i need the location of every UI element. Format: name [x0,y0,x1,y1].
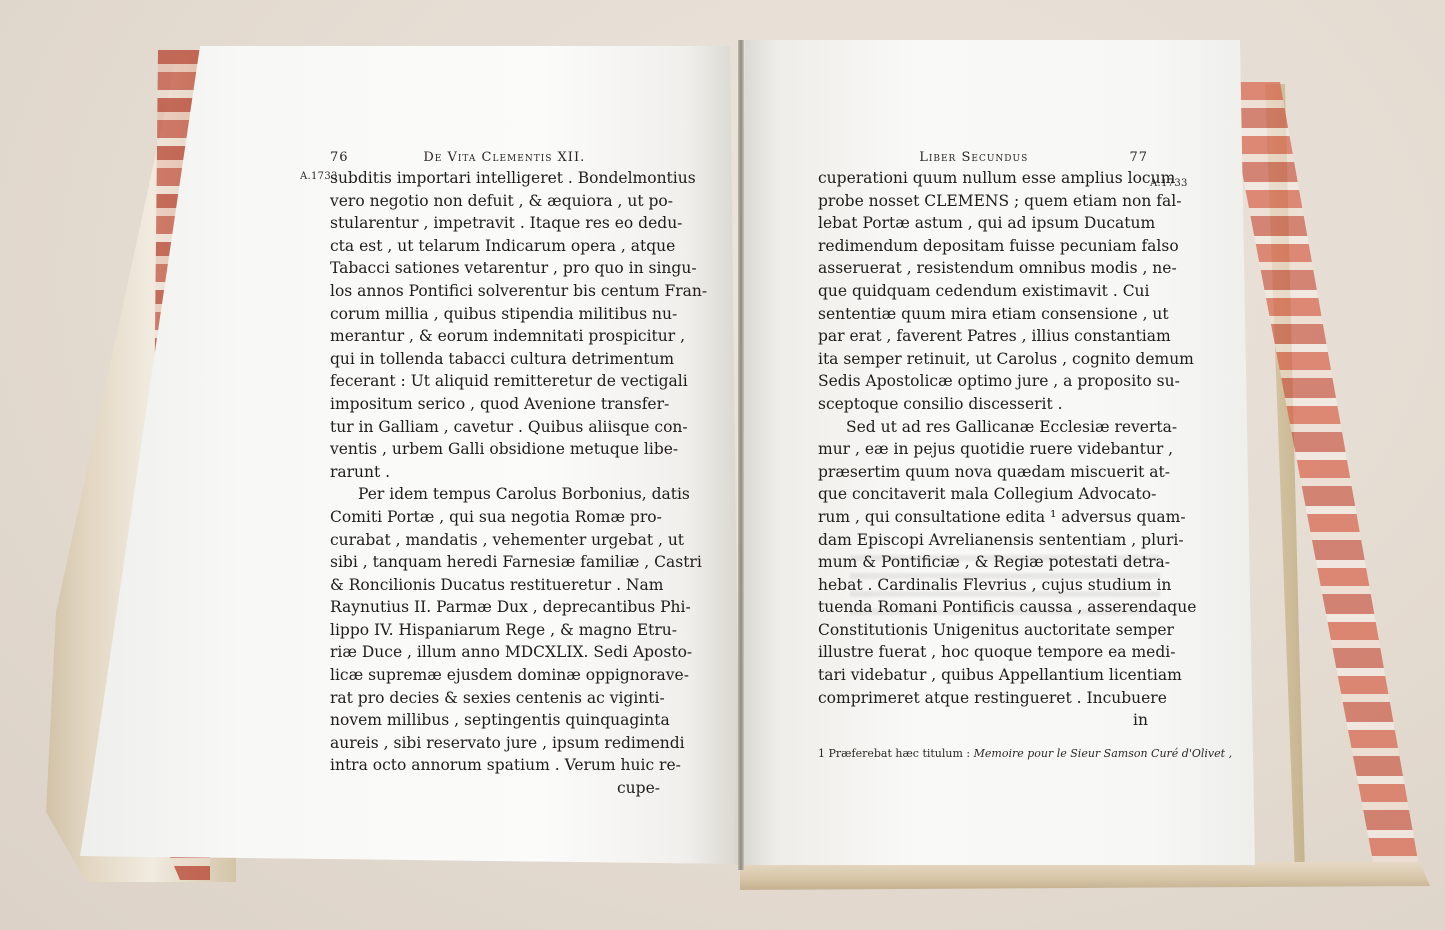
right-running-head: Liber Secundus 77 [818,150,1148,165]
text-line: novem millibus , septingentis quinquagin… [330,709,660,732]
text-line: lebat Portæ astum , qui ad ipsum Ducatum [818,212,1148,235]
text-line: los annos Pontifici solverentur bis cent… [330,280,660,303]
text-line: Per idem tempus Carolus Borbonius, datis [330,483,660,506]
text-line: tur in Galliam , cavetur . Quibus aliisq… [330,416,660,439]
text-line: subditis importari intelligeret . Bondel… [330,167,660,190]
text-line: probe nosset CLEMENS ; quem etiam non fa… [818,190,1148,213]
text-line: vero negotio non defuit , & æquiora , ut… [330,190,660,213]
text-line: præsertim quum nova quædam miscuerit at- [818,461,1148,484]
page-number: 76 [330,150,349,165]
text-line: asseruerat , resistendum omnibus modis ,… [818,257,1148,280]
text-line: sententiæ quum mira etiam consensione , … [818,303,1148,326]
text-line: sceptoque consilio discesserit . [818,393,1148,416]
text-line: & Roncilionis Ducatus restitueretur . Na… [330,574,660,597]
text-line: par erat , faverent Patres , illius cons… [818,325,1148,348]
text-line: que concitaverit mala Collegium Advocato… [818,483,1148,506]
text-line: merantur , & eorum indemnitati prospicit… [330,325,660,348]
text-line: curabat , mandatis , vehementer urgebat … [330,529,660,552]
text-line: hebat . Cardinalis Flevrius , cujus stud… [818,574,1148,597]
text-line: tuenda Romani Pontificis caussa , assere… [818,596,1148,619]
left-page-text: 76 De Vita Clementis XII. subditis impor… [330,150,660,800]
text-line: sibi , tanquam heredi Farnesiæ familiæ ,… [330,551,660,574]
text-line: Constitutionis Unigenitus auctoritate se… [818,619,1148,642]
left-running-head: 76 De Vita Clementis XII. [330,150,660,165]
text-line: riæ Duce , illum anno MDCXLIX. Sedi Apos… [330,641,660,664]
text-line: qui in tollenda tabacci cultura detrimen… [330,348,660,371]
text-line: comprimeret atque restingueret . Incubue… [818,687,1148,710]
text-line: cta est , ut telarum Indicarum opera , a… [330,235,660,258]
catchword: in [818,709,1148,732]
right-red-sprinkled-edge [1225,82,1425,872]
text-line: cuperationi quum nullum esse amplius loc… [818,167,1148,190]
text-line: rarunt . [330,461,660,484]
text-line: mur , eæ in pejus quotidie ruere videban… [818,438,1148,461]
text-line: ventis , urbem Galli obsidione metuque l… [330,438,660,461]
text-line: intra octo annorum spatium . Verum huic … [330,754,660,777]
text-line: dam Episcopi Avrelianensis sententiam , … [818,529,1148,552]
text-line: fecerant : Ut aliquid remitteretur de ve… [330,370,660,393]
text-line: Raynutius II. Parmæ Dux , deprecantibus … [330,596,660,619]
text-line: illustre fuerat , hoc quoque tempore ea … [818,641,1148,664]
catchword: cupe- [330,777,660,800]
footnote-marker: 1 [818,747,825,760]
text-line: licæ supremæ ejusdem dominæ oppignorave- [330,664,660,687]
book-gutter [738,40,744,870]
book-photo: A.1733 76 De Vita Clementis XII. subditi… [0,0,1445,930]
text-line: ita semper retinuit, ut Carolus , cognit… [818,348,1148,371]
right-page-text: Liber Secundus 77 cuperationi quum nullu… [818,150,1148,762]
text-line: aureis , sibi reservato jure , ipsum red… [330,732,660,755]
page-number: 77 [1129,150,1148,165]
running-title: Liber Secundus [818,150,1129,165]
text-line: Tabacci sationes vetarentur , pro quo in… [330,257,660,280]
text-line: mum & Pontificiæ , & Regiæ potestati det… [818,551,1148,574]
text-line: que quidquam cedendum existimavit . Cui [818,280,1148,303]
text-line: Sedis Apostolicæ optimo jure , a proposi… [818,370,1148,393]
text-line: tari videbatur , quibus Appellantium lic… [818,664,1148,687]
text-line: Comiti Portæ , qui sua negotia Romæ pro- [330,506,660,529]
footnote-text: Præferebat hæc titulum : [829,747,971,760]
text-line: stularentur , impetravit . Itaque res eo… [330,212,660,235]
text-line: redimendum depositam fuisse pecuniam fal… [818,235,1148,258]
bottom-cover-board [740,862,1430,890]
text-line: rat pro decies & sexies centenis ac vigi… [330,687,660,710]
text-line: rum , qui consultatione edita ¹ adversus… [818,506,1148,529]
footnote-title: Memoire pour le Sieur Samson Curé d'Oliv… [974,747,1232,760]
text-line: corum millia , quibus stipendia militibu… [330,303,660,326]
footnote: 1 Præferebat hæc titulum : Memoire pour … [818,746,1148,762]
text-line: lippo IV. Hispaniarum Rege , & magno Etr… [330,619,660,642]
text-line: Sed ut ad res Gallicanæ Ecclesiæ reverta… [818,416,1148,439]
running-title: De Vita Clementis XII. [349,150,660,165]
text-line: impositum serico , quod Avenione transfe… [330,393,660,416]
